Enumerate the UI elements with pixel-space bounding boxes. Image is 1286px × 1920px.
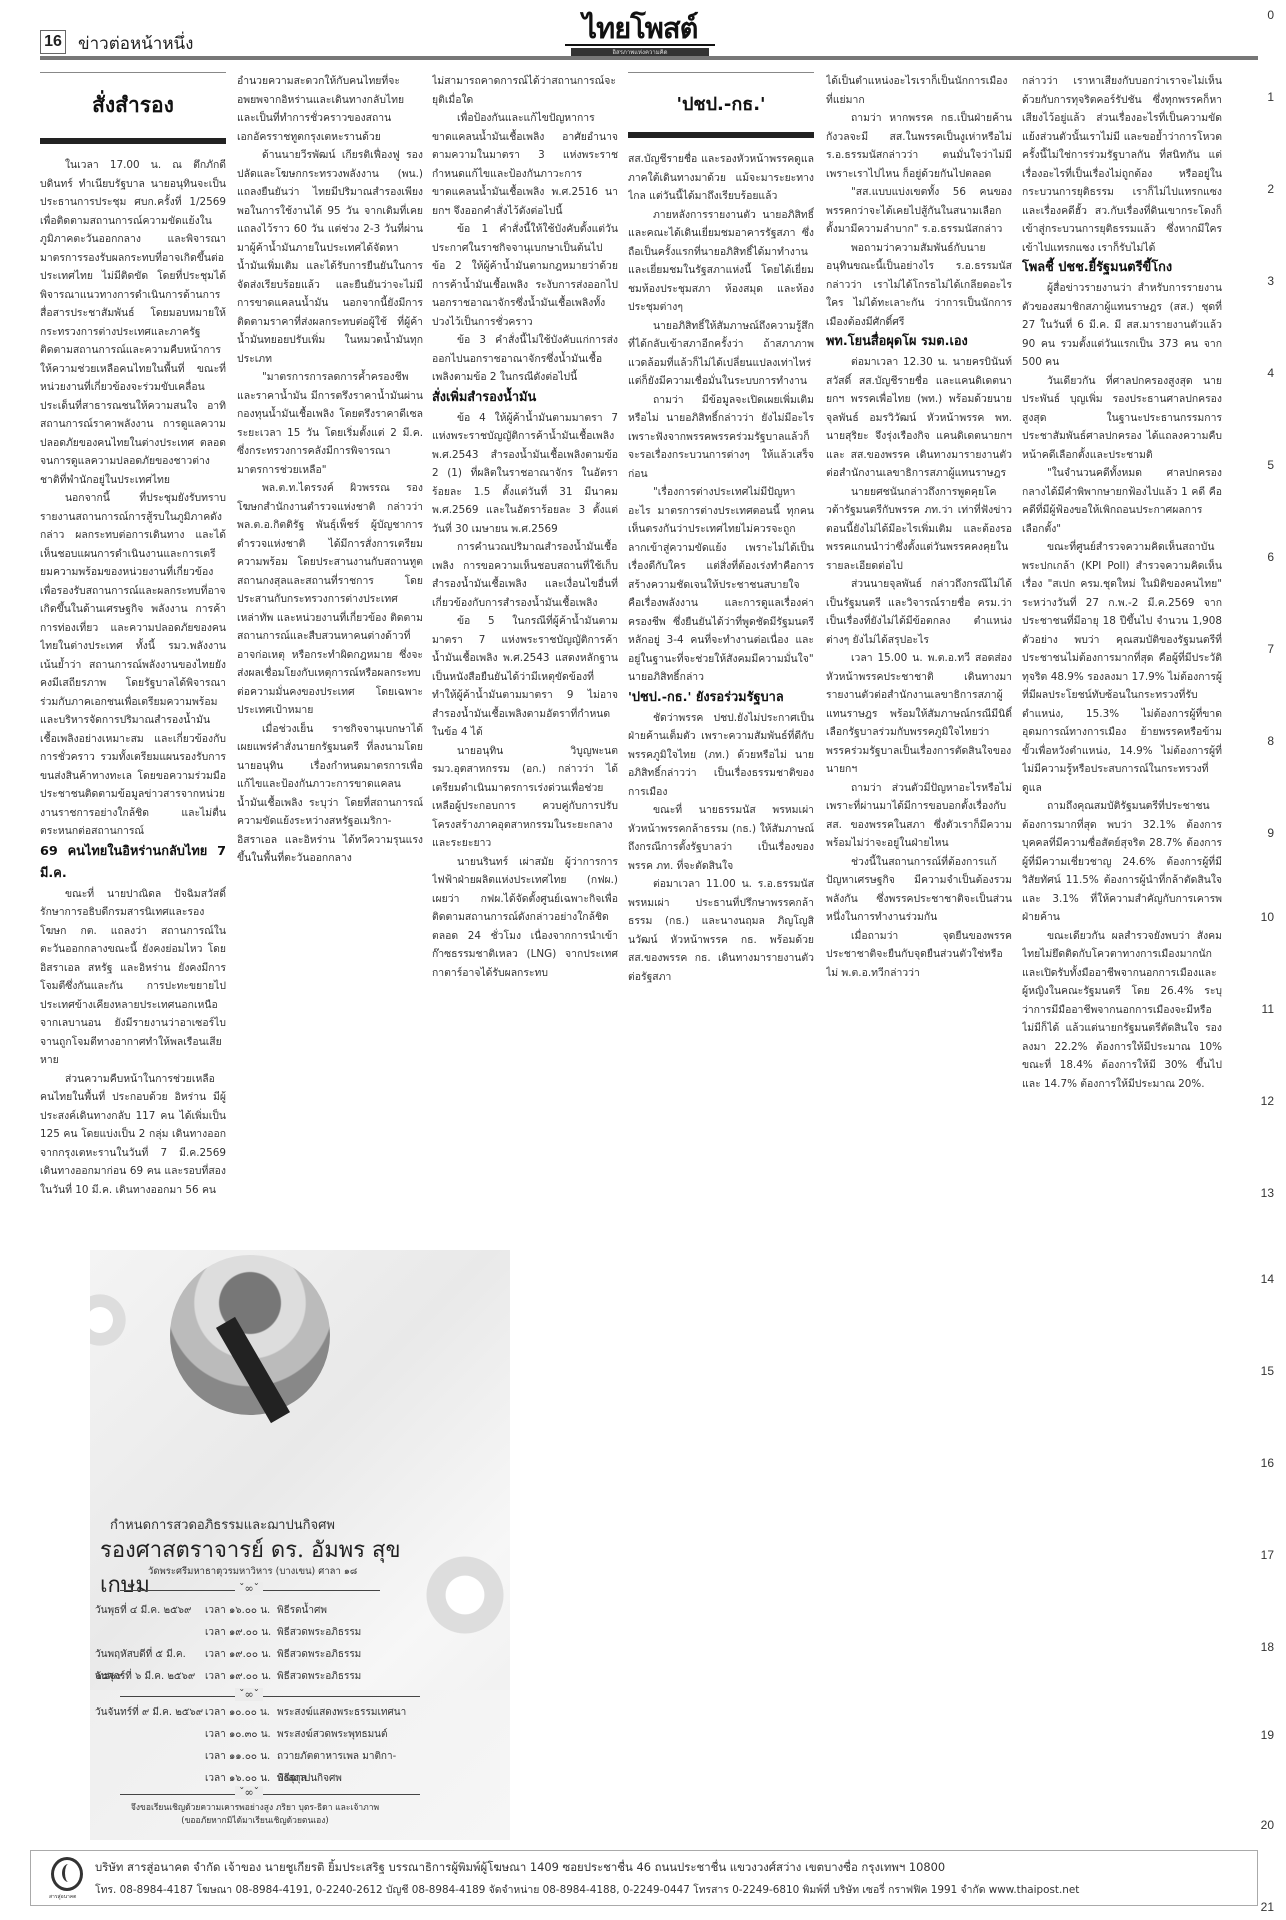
article-paragraph: ขณะที่ศูนย์สำรวจความคิดเห็นสถาบันพระปกเก… — [1022, 538, 1222, 797]
schedule-row: เวลา ๑๙.๐๐ น.พิธีสวดพระอภิธรรม — [95, 1622, 415, 1644]
schedule-row: วันพฤหัสบดีที่ ๕ มี.ค. ๒๕๖๙เวลา ๑๙.๐๐ น.… — [95, 1644, 415, 1666]
ruler-number: 10 — [1261, 910, 1274, 924]
ruler-number: 7 — [1267, 642, 1274, 656]
publisher-contacts: โทร. 08-8984-4187 โฆษณา 08-8984-4191, 0-… — [95, 1881, 1079, 1898]
ruler-number: 6 — [1267, 550, 1274, 564]
invite-line: (ขออภัยหากมิได้มาเรียนเชิญด้วยตนเอง) — [90, 1815, 420, 1828]
ruler-number: 8 — [1267, 734, 1274, 748]
article-paragraph: นายนรินทร์ เผ่าสมัย ผู้ว่าการการไฟฟ้าฝ่า… — [432, 853, 618, 983]
schedule-row: วันจันทร์ที่ ๙ มี.ค. ๒๕๖๙เวลา ๑๐.๐๐ น.พร… — [95, 1702, 415, 1724]
article-paragraph: ขณะที่ นายธรรมนัส พรหมเผ่า หัวหน้าพรรคกล… — [628, 801, 814, 875]
article-subhead: พท.โยนสื่อผุดโผ รมต.เอง — [826, 331, 1012, 353]
ruler-number: 3 — [1267, 274, 1274, 288]
article-paragraph: ข้อ 3 คำสั่งนี้ไม่ใช้บังคับแก่การส่งออกไ… — [432, 331, 618, 387]
article-paragraph: ชัดว่าพรรค ปชป.ยังไม่ประกาศเป็นฝ่ายค้านเ… — [628, 709, 814, 802]
article-paragraph: ขณะเดียวกัน ผลสำรวจยังพบว่า สังคมไทยไม่ย… — [1022, 927, 1222, 1094]
cremation-schedule-cont: วันจันทร์ที่ ๙ มี.ค. ๒๕๖๙เวลา ๑๐.๐๐ น.พร… — [95, 1702, 415, 1790]
publisher-logo-icon — [51, 1857, 83, 1891]
ruler-number: 17 — [1261, 1548, 1274, 1562]
article-pchp-kth: 'ปชป.-กธ.' สส.บัญชีรายชื่อ และรองหัวหน้า… — [628, 72, 814, 1842]
article-paragraph: ผู้สื่อข่าวรายงานว่า สำหรับการรายงานตัวข… — [1022, 279, 1222, 372]
ruler-number: 2 — [1267, 182, 1274, 196]
article-paragraph: ขณะที่ นายปาณิดล ปัจฉิมสวัสดิ์ รักษาการอ… — [40, 885, 226, 1070]
schedule-row: เวลา ๑๑.๐๐ น.ถวายภัตตาหารเพล มาติกา-บังส… — [95, 1746, 415, 1768]
article-paragraph: ถามว่า หากพรรค กธ.เป็นฝ่ายค้าน กังวลจะมี… — [826, 109, 1012, 183]
article-paragraph: ไม่สามารถคาดการณ์ได้ว่าสถานการณ์จะยุติเม… — [432, 72, 618, 109]
article-paragraph: พอถามว่าความสัมพันธ์กับนายอนุทินขณะนี้เป… — [826, 239, 1012, 332]
article-headline: 'ปชป.-กธ.' — [628, 72, 814, 126]
header-rule — [40, 56, 1258, 60]
article-column-2: อำนวยความสะดวกให้กับคนไทยที่จะอพยพจากอิห… — [237, 72, 423, 1252]
article-paragraph: "มาตรการการลดการค้ำครองชีพและราคาน้ำมัน … — [237, 368, 423, 479]
article-paragraph: ข้อ 4 ให้ผู้ค้าน้ำมันตามมาตรา 7 แห่งพระร… — [432, 409, 618, 539]
article-paragraph: เวลา 15.00 น. พ.ต.อ.ทวี สอดส่อง หัวหน้าพ… — [826, 649, 1012, 779]
ruler-number: 13 — [1261, 1186, 1274, 1200]
ruler-number: 9 — [1267, 826, 1274, 840]
article-headline: สั่งสำรอง — [40, 72, 226, 132]
article-paragraph: ถามว่า ส่วนตัวมีปัญหาอะไรหรือไม่เพราะที่… — [826, 779, 1012, 853]
ruler-number: 21 — [1261, 1900, 1274, 1914]
ruler-number: 1 — [1267, 90, 1274, 104]
article-paragraph: เพื่อป้องกันและแก้ไขปัญหาการขาดแคลนน้ำมั… — [432, 109, 618, 220]
ruler-number: 20 — [1261, 1818, 1274, 1832]
masthead-name: ไทยโพสต์ — [565, 12, 715, 46]
article-paragraph: กล่าวว่า เราหาเสียงกับบอกว่าเราจะไม่เห็น… — [1022, 72, 1222, 257]
ruler-number: 5 — [1267, 458, 1274, 472]
article-paragraph: ภายหลังการรายงานตัว นายอภิสิทธิ์ และคณะไ… — [628, 206, 814, 317]
article-paragraph: ถามถึงคุณสมบัติรัฐมนตรีที่ประชาชนต้องการ… — [1022, 797, 1222, 927]
article-paragraph: ด้านนายวีรพัฒน์ เกียรติเฟื่องฟู รองปลัดแ… — [237, 146, 423, 368]
article-paragraph: ถามว่า มีข้อมูลจะเปิดเผยเพิ่มเติมหรือไม่… — [628, 391, 814, 484]
article-paragraph: ช่วงนี้ในสถานการณ์ที่ต้องการแก้ปัญหาเศรษ… — [826, 853, 1012, 927]
ruler-number: 12 — [1261, 1094, 1274, 1108]
article-paragraph: ต่อมาเวลา 12.30 น. นายครบินันท์ สวัสดิ์ … — [826, 353, 1012, 483]
page-header: 16 ข่าวต่อหน้าหนึ่ง ไทยโพสต์ อิสรภาพแห่ง… — [0, 0, 1286, 60]
ornament-divider: ˇ∞ˇ — [120, 1590, 380, 1591]
headline-bar — [628, 132, 814, 138]
memorial-venue: วัดพระศรีมหาธาตุวรมหาวิหาร (บางเขน) ศาลา… — [90, 1564, 430, 1579]
article-paragraph: ส่วนความคืบหน้าในการช่วยเหลือคนไทยในพื้น… — [40, 1070, 226, 1200]
article-paragraph: วันเดียวกัน ที่ศาลปกครองสูงสุด นายประพัน… — [1022, 372, 1222, 465]
publisher-footer: สารสู่อนาคต บริษัท สารสู่อนาคต จำกัด เจ้… — [30, 1850, 1258, 1906]
article-subhead: สั่งเพิ่มสำรองน้ำมัน — [432, 387, 618, 409]
memorial-invitation: จึงขอเรียนเชิญด้วยความเคารพอย่างสูง ภริย… — [90, 1802, 420, 1828]
invite-line: จึงขอเรียนเชิญด้วยความเคารพอย่างสูง ภริย… — [90, 1802, 420, 1815]
ruler-number: 14 — [1261, 1272, 1274, 1286]
article-column-3: ไม่สามารถคาดการณ์ได้ว่าสถานการณ์จะยุติเม… — [432, 72, 618, 1842]
article-paragraph: ส่วนนายจุลพันธ์ กล่าวถึงกรณีไม่ได้เป็นรั… — [826, 575, 1012, 649]
publisher-logo-label: สารสู่อนาคต — [49, 1893, 76, 1901]
article-paragraph: นายอภิสิทธิ์ให้สัมภาษณ์ถึงความรู้สึกที่ไ… — [628, 317, 814, 391]
schedule-row: เวลา ๑๐.๓๐ น.พระสงฆ์สวดพระพุทธมนต์ — [95, 1724, 415, 1746]
article-column-5: ได้เป็นตำแหน่งอะไรเราก็เป็นนักการเมืองที… — [826, 72, 1012, 1842]
article-paragraph: ข้อ 5 ในกรณีที่ผู้ค้าน้ำมันตามมาตรา 7 แห… — [432, 612, 618, 742]
article-paragraph: นายอนุทิน วิบูญพะนต รมว.อุตสาหกรรม (อก.)… — [432, 742, 618, 853]
masthead-logo: ไทยโพสต์ อิสรภาพแห่งความคิด — [565, 12, 715, 57]
ruler-number: 4 — [1267, 366, 1274, 380]
article-subhead: 69 คนไทยในอิหร่านกลับไทย 7 มี.ค. — [40, 841, 226, 885]
ornament-divider: ˇ∞ˇ — [120, 1794, 420, 1795]
edge-ruler: 0 1 2 3 4 5 6 7 8 9 10 11 12 13 14 15 16… — [1260, 0, 1286, 1920]
ruler-number: 15 — [1261, 1364, 1274, 1378]
article-paragraph: อำนวยความสะดวกให้กับคนไทยที่จะอพยพจากอิห… — [237, 72, 423, 146]
ornament-divider: ˇ∞ˇ — [120, 1696, 420, 1697]
article-sangsamrong-col1: สั่งสำรอง ในเวลา 17.00 น. ณ ตึกภักดีบดิน… — [40, 72, 226, 1252]
article-paragraph: "สส.แบบแบ่งเขตทั้ง 56 คนของพรรคกว่าจะได้… — [826, 183, 1012, 239]
article-paragraph: เมื่อช่วงเย็น ราชกิจจานุเบกษาได้เผยแพร่ค… — [237, 720, 423, 868]
article-paragraph: "เรื่องการต่างประเทศไม่มีปัญหาอะไร มาตรก… — [628, 483, 814, 687]
article-paragraph: ข้อ 1 คำสั่งนี้ให้ใช้บังคับตั้งแต่วันประ… — [432, 220, 618, 331]
article-column-6: กล่าวว่า เราหาเสียงกับบอกว่าเราจะไม่เห็น… — [1022, 72, 1222, 1842]
portrait-photo — [170, 1255, 330, 1415]
ruler-number: 11 — [1262, 1002, 1274, 1016]
flower-decoration — [90, 1290, 130, 1350]
schedule-row: วันพุธที่ ๔ มี.ค. ๒๕๖๙เวลา ๑๖.๐๐ น.พิธีร… — [95, 1600, 415, 1622]
article-paragraph: นายยศชนันกล่าวถึงการพูดคุยโควต้ารัฐมนตรี… — [826, 483, 1012, 576]
headline-bar — [40, 138, 226, 144]
article-subhead: โพลชี้ ปชช.ยี้รัฐมนตรีขี้โกง — [1022, 257, 1222, 279]
ruler-number: 19 — [1261, 1728, 1274, 1742]
article-paragraph: การคำนวณปริมาณสำรองน้ำมันเชื้อเพลิง การข… — [432, 538, 618, 612]
article-paragraph: นอกจากนี้ ที่ประชุมยังรับทราบรายงานสถานก… — [40, 489, 226, 841]
article-paragraph: ต่อมาเวลา 11.00 น. ร.อ.ธรรมนัส พรหมเผ่า … — [628, 875, 814, 986]
ruler-number: 16 — [1261, 1456, 1274, 1470]
section-title: ข่าวต่อหน้าหนึ่ง — [78, 30, 193, 57]
page-number: 16 — [40, 30, 66, 54]
ruler-number: 18 — [1261, 1640, 1274, 1654]
article-subhead: 'ปชป.-กธ.' ยังรอร่วมรัฐบาล — [628, 687, 814, 709]
ruler-number: 0 — [1267, 8, 1274, 22]
article-paragraph: เมื่อถามว่า จุดยืนของพรรคประชาชาติจะยืนก… — [826, 927, 1012, 983]
schedule-row: วันศุกร์ที่ ๖ มี.ค. ๒๕๖๙เวลา ๑๙.๐๐ น.พิธ… — [95, 1666, 415, 1688]
publisher-info: บริษัท สารสู่อนาคต จำกัด เจ้าของ นายชูเก… — [95, 1859, 945, 1877]
article-paragraph: "ในจำนวนคดีทั้งหมด ศาลปกครองกลางได้มีคำพ… — [1022, 464, 1222, 538]
article-paragraph: ได้เป็นตำแหน่งอะไรเราก็เป็นนักการเมืองที… — [826, 72, 1012, 109]
article-paragraph: พล.ต.ท.ไตรรงค์ ผิวพรรณ รองโฆษกสำนักงานตำ… — [237, 479, 423, 720]
article-paragraph: ในเวลา 17.00 น. ณ ตึกภักดีบดินทร์ ทำเนีย… — [40, 156, 226, 489]
article-paragraph: สส.บัญชีรายชื่อ และรองหัวหน้าพรรคดูแลภาค… — [628, 150, 814, 206]
